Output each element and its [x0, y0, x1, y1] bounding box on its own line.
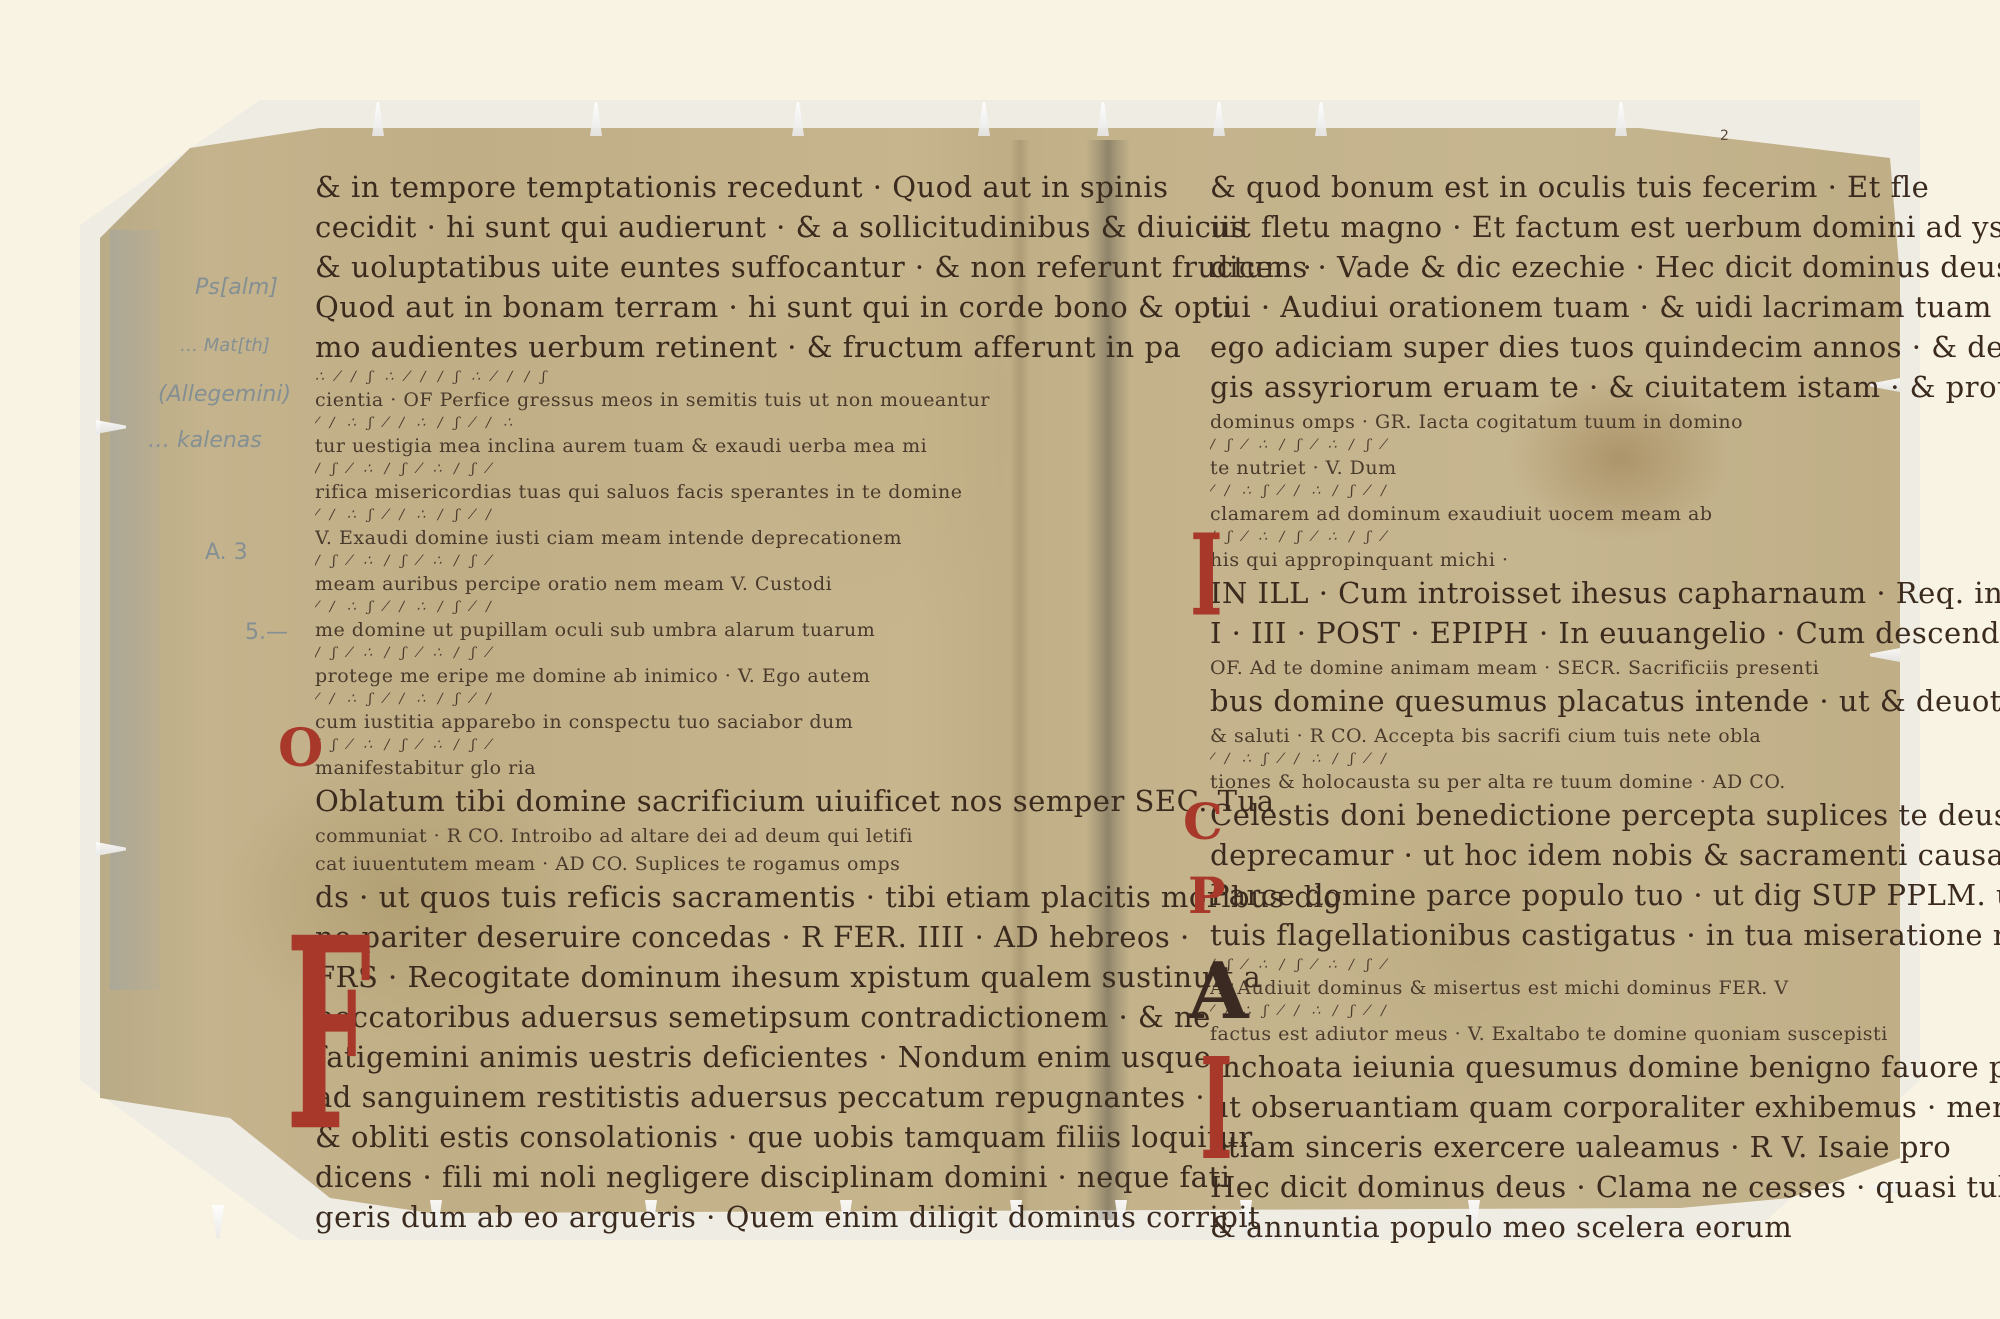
chant-text-line: me domine ut pupillam oculi sub umbra al… — [315, 616, 875, 644]
text-line: dicens · fili mi noli negligere discipli… — [315, 1158, 1230, 1196]
neume-notation-line: ∴ ⁄ ∕ ʃ ∴ ⁄ ∕ ∕ ʃ ∴ ⁄ ∕ ∕ ʃ — [315, 368, 550, 386]
neume-notation-line: ⁄ ∕ ∴ ʃ ⁄ ∕ ∴ ∕ ʃ ⁄ ∕ — [315, 506, 495, 524]
chant-text-line: meam auribus percipe oratio nem meam V. … — [315, 570, 832, 598]
hinge-tab — [212, 1205, 224, 1239]
neume-notation-line: ∕ ʃ ⁄ ∴ ∕ ʃ ⁄ ∴ ∕ ʃ ⁄ — [315, 644, 494, 662]
text-line: ego adiciam super dies tuos quindecim an… — [1210, 328, 2000, 366]
chant-text-line: tiones & holocausta su per alta re tuum … — [1210, 768, 1786, 796]
chant-text-line: protege me eripe me domine ab inimico · … — [315, 662, 870, 690]
text-line: & obliti estis consolationis · que uobis… — [315, 1118, 1253, 1156]
text-line: geris dum ab eo argueris · Quem enim dil… — [315, 1198, 1260, 1236]
text-line: FRS · Recogitate dominum ihesum xpistum … — [315, 958, 1261, 996]
chant-text-line: tur uestigia mea inclina aurem tuam & ex… — [315, 432, 927, 460]
text-line: Inchoata ieiunia quesumus domine benigno… — [1210, 1048, 2000, 1086]
illuminated-initial-A: A — [1188, 946, 1249, 1037]
rubric-initial-C: C — [1183, 792, 1223, 851]
text-line: tuis flagellationibus castigatus · in tu… — [1210, 916, 2000, 954]
chant-text-line: dominus omps · GR. Iacta cogitatum tuum … — [1210, 408, 1743, 436]
neume-notation-line: ∕ ʃ ⁄ ∴ ∕ ʃ ⁄ ∴ ∕ ʃ ⁄ — [315, 736, 494, 754]
text-line: ad sanguinem restitistis aduersus peccat… — [315, 1078, 1205, 1116]
text-line: deprecamur · ut hoc idem nobis & sacrame… — [1210, 836, 2000, 874]
text-line: ut obseruantiam quam corporaliter exhibe… — [1210, 1088, 2000, 1126]
rubric-initial-F: F — [286, 905, 371, 1169]
text-line: I · III · POST · EPIPH · In euuangelio ·… — [1210, 614, 2000, 652]
text-line: tui · Audiui orationem tuam · & uidi lac… — [1210, 288, 2000, 326]
text-line: gis assyriorum eruam te · & ciuitatem is… — [1210, 368, 2000, 406]
chant-text-line: te nutriet · V. Dum — [1210, 454, 1397, 482]
chant-text-line: factus est adiutor meus · V. Exaltabo te… — [1210, 1020, 1888, 1048]
rubric-initial-O: O — [278, 718, 323, 779]
text-line: & annuntia populo meo scelera eorum — [1210, 1208, 1792, 1246]
margin-note: Ps[alm] — [195, 275, 278, 300]
neume-notation-line: ⁄ ∕ ∴ ʃ ⁄ ∕ ∴ ∕ ʃ ⁄ ∕ — [1210, 482, 1390, 500]
text-line: fatigemini animis uestris deficientes · … — [315, 1038, 1212, 1076]
text-line: Hec dicit dominus deus · Clama ne cesses… — [1210, 1168, 2000, 1206]
margin-note: … kalenas — [148, 428, 262, 453]
text-line: & uoluptatibus uite euntes suffocantur ·… — [315, 248, 1312, 286]
chant-text-line: & saluti · R CO. Accepta bis sacrifi ciu… — [1210, 722, 1761, 750]
rubric-initial-P: P — [1188, 866, 1226, 925]
neume-notation-line: ∕ ʃ ⁄ ∴ ∕ ʃ ⁄ ∴ ∕ ʃ ⁄ — [1210, 528, 1389, 546]
text-line: uit fletu magno · Et factum est uerbum d… — [1210, 208, 2000, 246]
neume-notation-line: ⁄ ∕ ∴ ʃ ⁄ ∕ ∴ ∕ ʃ ⁄ ∕ — [315, 690, 495, 708]
chant-text-line: cum iustitia apparebo in conspectu tuo s… — [315, 708, 853, 736]
text-line: cecidit · hi sunt qui audierunt · & a so… — [315, 208, 1246, 246]
neume-notation-line: ⁄ ∕ ∴ ʃ ⁄ ∕ ∴ ∕ ʃ ⁄ ∕ — [315, 598, 495, 616]
chant-text-line: cat iuuentutem meam · AD CO. Suplices te… — [315, 850, 900, 878]
folio-number: 2 — [1720, 128, 1729, 144]
chant-text-line: A. Audiuit dominus & misertus est michi … — [1210, 974, 1789, 1002]
chant-text-line: V. Exaudi domine iusti ciam meam intende… — [315, 524, 902, 552]
text-line: peccatoribus aduersus semetipsum contrad… — [315, 998, 1211, 1036]
chant-text-line: his qui appropinquant michi · — [1210, 546, 1509, 574]
text-line: IN ILL · Cum introisset ihesus capharnau… — [1210, 574, 2000, 612]
text-line: mo audientes uerbum retinent · & fructum… — [315, 328, 1181, 366]
chant-text-line: communiat · R CO. Introibo ad altare dei… — [315, 822, 913, 850]
neume-notation-line: ∕ ʃ ⁄ ∴ ∕ ʃ ⁄ ∴ ∕ ʃ ⁄ — [1210, 436, 1389, 454]
chant-text-line: rifica misericordias tuas qui saluos fac… — [315, 478, 962, 506]
chant-text-line: clamarem ad dominum exaudiuit uocem meam… — [1210, 500, 1713, 528]
text-line: Celestis doni benedictione percepta supl… — [1210, 796, 2000, 834]
text-line: Oblatum tibi domine sacrificium uiuifice… — [315, 782, 1274, 820]
neume-notation-line: ⁄ ∕ ∴ ʃ ⁄ ∕ ∴ ∕ ʃ ⁄ ∕ — [1210, 750, 1390, 768]
text-line: ne pariter deseruire concedas · R FER. I… — [315, 918, 1190, 956]
neume-notation-line: ⁄ ∕ ∴ ʃ ⁄ ∕ ∴ ∕ ʃ ⁄ ∕ ∴ — [315, 414, 516, 432]
margin-note: 5.— — [245, 620, 288, 645]
text-line: etiam sinceris exercere ualeamus · R V. … — [1210, 1128, 1951, 1166]
text-line: & in tempore temptationis recedunt · Quo… — [315, 168, 1168, 206]
neume-notation-line: ∕ ʃ ⁄ ∴ ∕ ʃ ⁄ ∴ ∕ ʃ ⁄ — [315, 552, 494, 570]
text-line: dicens · Vade & dic ezechie · Hec dicit … — [1210, 248, 2000, 286]
margin-note: A. 3 — [205, 540, 248, 565]
text-line: bus domine quesumus placatus intende · u… — [1210, 682, 2000, 720]
repair-strip — [110, 230, 160, 990]
rubric-initial-I: I — [1190, 520, 1223, 632]
text-line: Parce domine parce populo tuo · ut dig S… — [1210, 876, 2000, 914]
text-line: Quod aut in bonam terram · hi sunt qui i… — [315, 288, 1233, 326]
chant-text-line: cientia · OF Perfice gressus meos in sem… — [315, 386, 990, 414]
neume-notation-line: ∕ ʃ ⁄ ∴ ∕ ʃ ⁄ ∴ ∕ ʃ ⁄ — [315, 460, 494, 478]
chant-text-line: OF. Ad te domine animam meam · SECR. Sac… — [1210, 654, 1819, 682]
chant-text-line: manifestabitur glo ria — [315, 754, 536, 782]
rubric-initial-I-tall: I — [1200, 1040, 1233, 1180]
margin-note: … Mat[th] — [180, 335, 270, 356]
margin-note: (Allegemini) — [158, 382, 291, 407]
text-line: & quod bonum est in oculis tuis fecerim … — [1210, 168, 1929, 206]
